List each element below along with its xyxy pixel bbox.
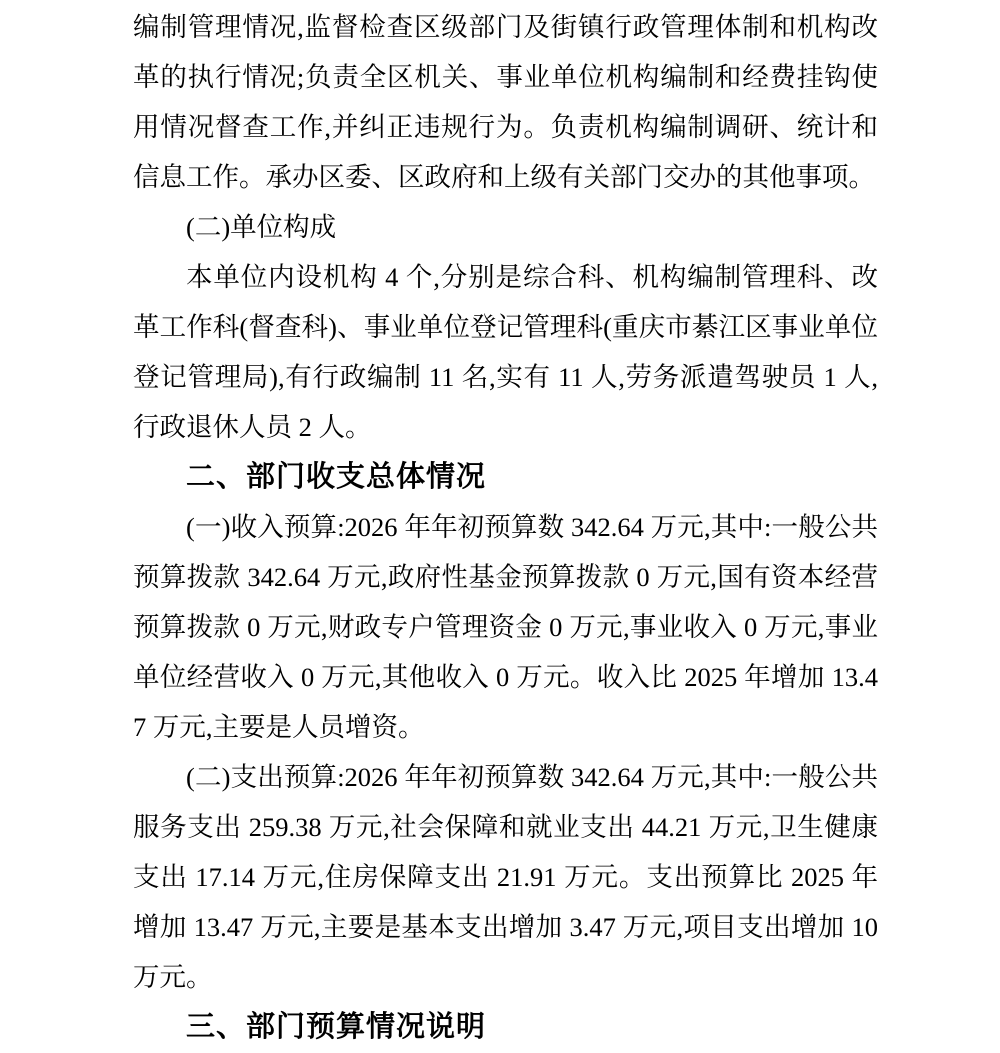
paragraph-unit-composition: 本单位内设机构 4 个,分别是综合科、机构编制管理科、改革工作科(督查科)、事业… [133,252,878,452]
heading-section-3-budget-explanation: 三、部门预算情况说明 [133,1002,878,1052]
document-page: 编制管理情况,监督检查区级部门及街镇行政管理体制和机构改革的执行情况;负责全区机… [133,2,878,1052]
paragraph-revenue-budget: (一)收入预算:2026 年年初预算数 342.64 万元,其中:一般公共预算拨… [133,502,878,752]
heading-section-2-revenue-expenditure-overview: 二、部门收支总体情况 [133,452,878,502]
document-body: 编制管理情况,监督检查区级部门及街镇行政管理体制和机构改革的执行情况;负责全区机… [133,2,878,1052]
subheading-unit-composition: (二)单位构成 [133,202,878,252]
paragraph-expenditure-budget: (二)支出预算:2026 年年初预算数 342.64 万元,其中:一般公共服务支… [133,752,878,1002]
paragraph-duties-continued: 编制管理情况,监督检查区级部门及街镇行政管理体制和机构改革的执行情况;负责全区机… [133,2,878,202]
